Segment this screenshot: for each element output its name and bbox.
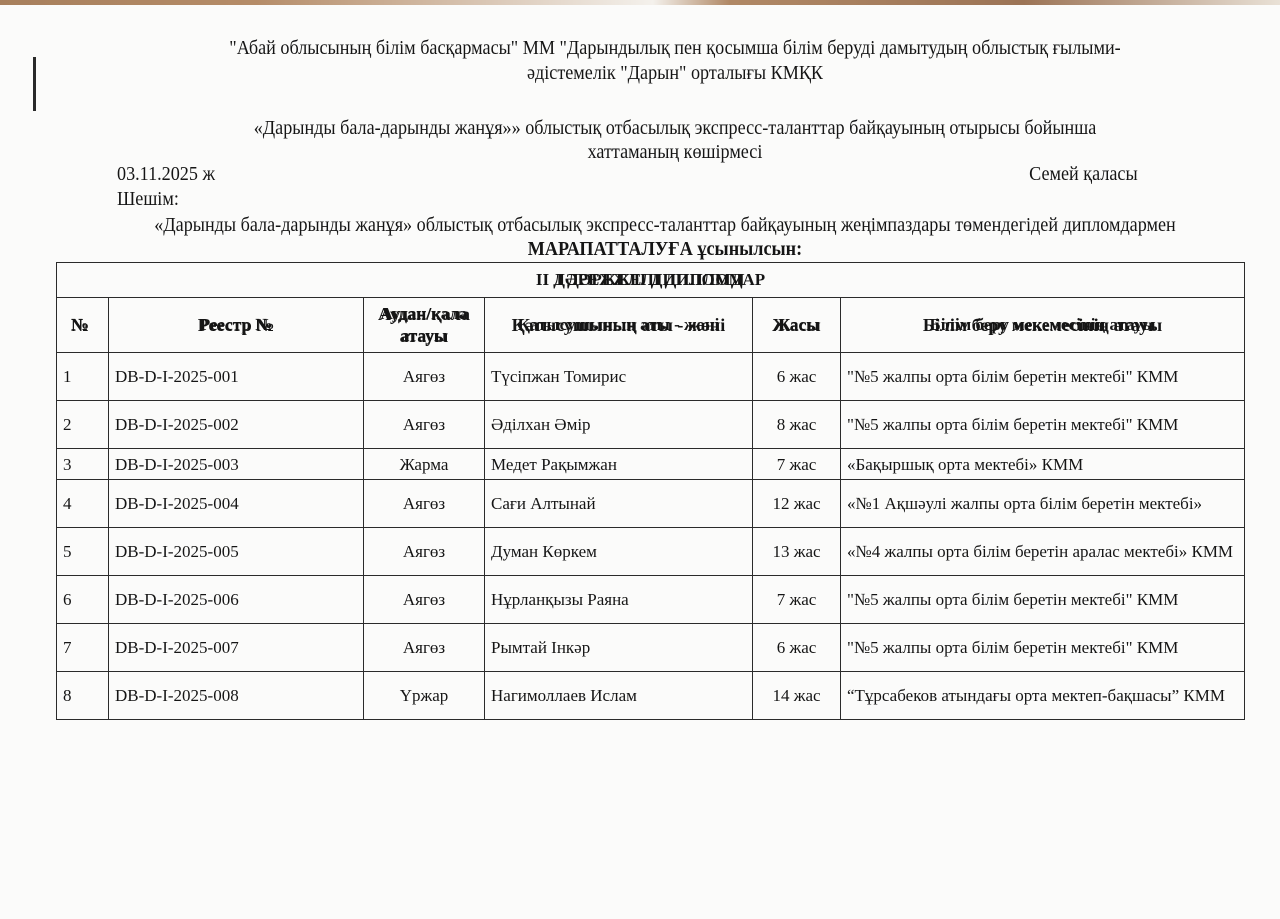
district-name: Жарма	[364, 449, 485, 480]
institution-name: «Бақыршық орта мектебі» КММ	[841, 449, 1245, 480]
margin-mark	[33, 57, 36, 111]
participant-age: 8 жас	[753, 401, 841, 449]
decision-label: Шешім:	[117, 189, 179, 211]
registry-number: DB-D-I-2025-005	[109, 528, 364, 576]
institution-name: «№4 жалпы орта білім беретін аралас мект…	[841, 528, 1245, 576]
decision-end: ұсынылсын:	[697, 239, 802, 260]
row-number: 5	[57, 528, 109, 576]
table-row: 2DB-D-I-2025-002АягөзӘділхан Әмір8 жас"№…	[57, 401, 1245, 449]
awards-table-second-degree: ІІ ДӘРЕЖЕЛІ ДИПЛОМДАР № Реестр № Аудан/қ…	[56, 262, 1245, 353]
wooden-table-edge	[0, 0, 1280, 5]
participant-age: 14 жас	[753, 672, 841, 720]
district-name: Аягөз	[364, 480, 485, 528]
row-number: 6	[57, 576, 109, 624]
section-title-row: ІІ ДӘРЕЖЕЛІ ДИПЛОМДАР	[57, 263, 1245, 298]
district-name: Аягөз	[364, 624, 485, 672]
decision-text: «Дарынды бала-дарынды жанұя» облыстық от…	[140, 214, 1191, 262]
document-title-line1: «Дарынды бала-дарынды жанұя»» облыстық о…	[187, 117, 1164, 141]
table-row: 5DB-D-I-2025-005АягөзДуман Көркем13 жас«…	[57, 528, 1245, 576]
institution-name: "№5 жалпы орта білім беретін мектебі" КМ…	[841, 401, 1245, 449]
section-title: ІІ ДӘРЕЖЕЛІ ДИПЛОМДАР	[57, 263, 1245, 298]
district-name: Аягөз	[364, 353, 485, 401]
column-header-institution: Білім беру мекемесінің атауы	[841, 298, 1245, 353]
row-number: 3	[57, 449, 109, 480]
table-row: 3DB-D-I-2025-003ЖармаМедет Рақымжан7 жас…	[57, 449, 1245, 480]
registry-number: DB-D-I-2025-008	[109, 672, 364, 720]
registry-number: DB-D-I-2025-004	[109, 480, 364, 528]
registry-number: DB-D-I-2025-001	[109, 353, 364, 401]
institution-name: "№5 жалпы орта білім беретін мектебі" КМ…	[841, 353, 1245, 401]
participant-name: Нұрланқызы Раяна	[485, 576, 753, 624]
row-number: 2	[57, 401, 109, 449]
participant-age: 7 жас	[753, 576, 841, 624]
participant-name: Әділхан Әмір	[485, 401, 753, 449]
participant-age: 6 жас	[753, 624, 841, 672]
registry-number: DB-D-I-2025-003	[109, 449, 364, 480]
column-header-no: №	[57, 298, 109, 353]
organization-header: "Абай облысының білім басқармасы" ММ "Да…	[187, 36, 1164, 86]
row-number: 7	[57, 624, 109, 672]
column-header-age: Жасы	[753, 298, 841, 353]
participant-name: Сағи Алтынай	[485, 480, 753, 528]
participant-name: Рымтай Інкәр	[485, 624, 753, 672]
institution-name: “Тұрсабеков атындағы орта мектеп-бақшасы…	[841, 672, 1245, 720]
table-row: 7DB-D-I-2025-007АягөзРымтай Інкәр6 жас"№…	[57, 624, 1245, 672]
row-number: 1	[57, 353, 109, 401]
column-header-registry: Реестр №	[109, 298, 364, 353]
participant-name: Медет Рақымжан	[485, 449, 753, 480]
institution-name: "№5 жалпы орта білім беретін мектебі" КМ…	[841, 576, 1245, 624]
district-name: Үржар	[364, 672, 485, 720]
document-title-line2: хаттаманың көшірмесі	[187, 141, 1164, 165]
institution-name: "№5 жалпы орта білім беретін мектебі" КМ…	[841, 624, 1245, 672]
participant-name: Думан Көркем	[485, 528, 753, 576]
participant-age: 13 жас	[753, 528, 841, 576]
participant-age: 7 жас	[753, 449, 841, 480]
registry-number: DB-D-I-2025-007	[109, 624, 364, 672]
institution-name: «№1 Ақшәулі жалпы орта білім беретін мек…	[841, 480, 1245, 528]
decision-body: «Дарынды бала-дарынды жанұя» облыстық от…	[154, 215, 1176, 236]
registry-number: DB-D-I-2025-002	[109, 401, 364, 449]
row-number: 4	[57, 480, 109, 528]
registry-number: DB-D-I-2025-006	[109, 576, 364, 624]
participant-name: Түсіпжан Томирис	[485, 353, 753, 401]
column-header-participant: Қатысушының аты - жөні	[485, 298, 753, 353]
participant-name: Нагимоллаев Ислам	[485, 672, 753, 720]
table-header-row: № Реестр № Аудан/қала атауы Қатысушының …	[57, 298, 1245, 353]
table-row: 8DB-D-I-2025-008ҮржарНагимоллаев Ислам14…	[57, 672, 1245, 720]
district-name: Аягөз	[364, 528, 485, 576]
decision-emphasis: МАРАПАТТАЛУҒА	[528, 239, 693, 260]
document-date: 03.11.2025 ж	[117, 164, 215, 186]
row-number: 8	[57, 672, 109, 720]
participant-age: 6 жас	[753, 353, 841, 401]
document-title: «Дарынды бала-дарынды жанұя»» облыстық о…	[187, 117, 1164, 165]
district-name: Аягөз	[364, 576, 485, 624]
column-header-district: Аудан/қала атауы	[364, 298, 485, 353]
district-name: Аягөз	[364, 401, 485, 449]
participant-age: 12 жас	[753, 480, 841, 528]
table-row: 4DB-D-I-2025-004АягөзСағи Алтынай12 жас«…	[57, 480, 1245, 528]
table-row: 6DB-D-I-2025-006АягөзНұрланқызы Раяна7 ж…	[57, 576, 1245, 624]
table-row: 1DB-D-I-2025-001АягөзТүсіпжан Томирис6 ж…	[57, 353, 1245, 401]
document-city: Семей қаласы	[1030, 164, 1138, 186]
